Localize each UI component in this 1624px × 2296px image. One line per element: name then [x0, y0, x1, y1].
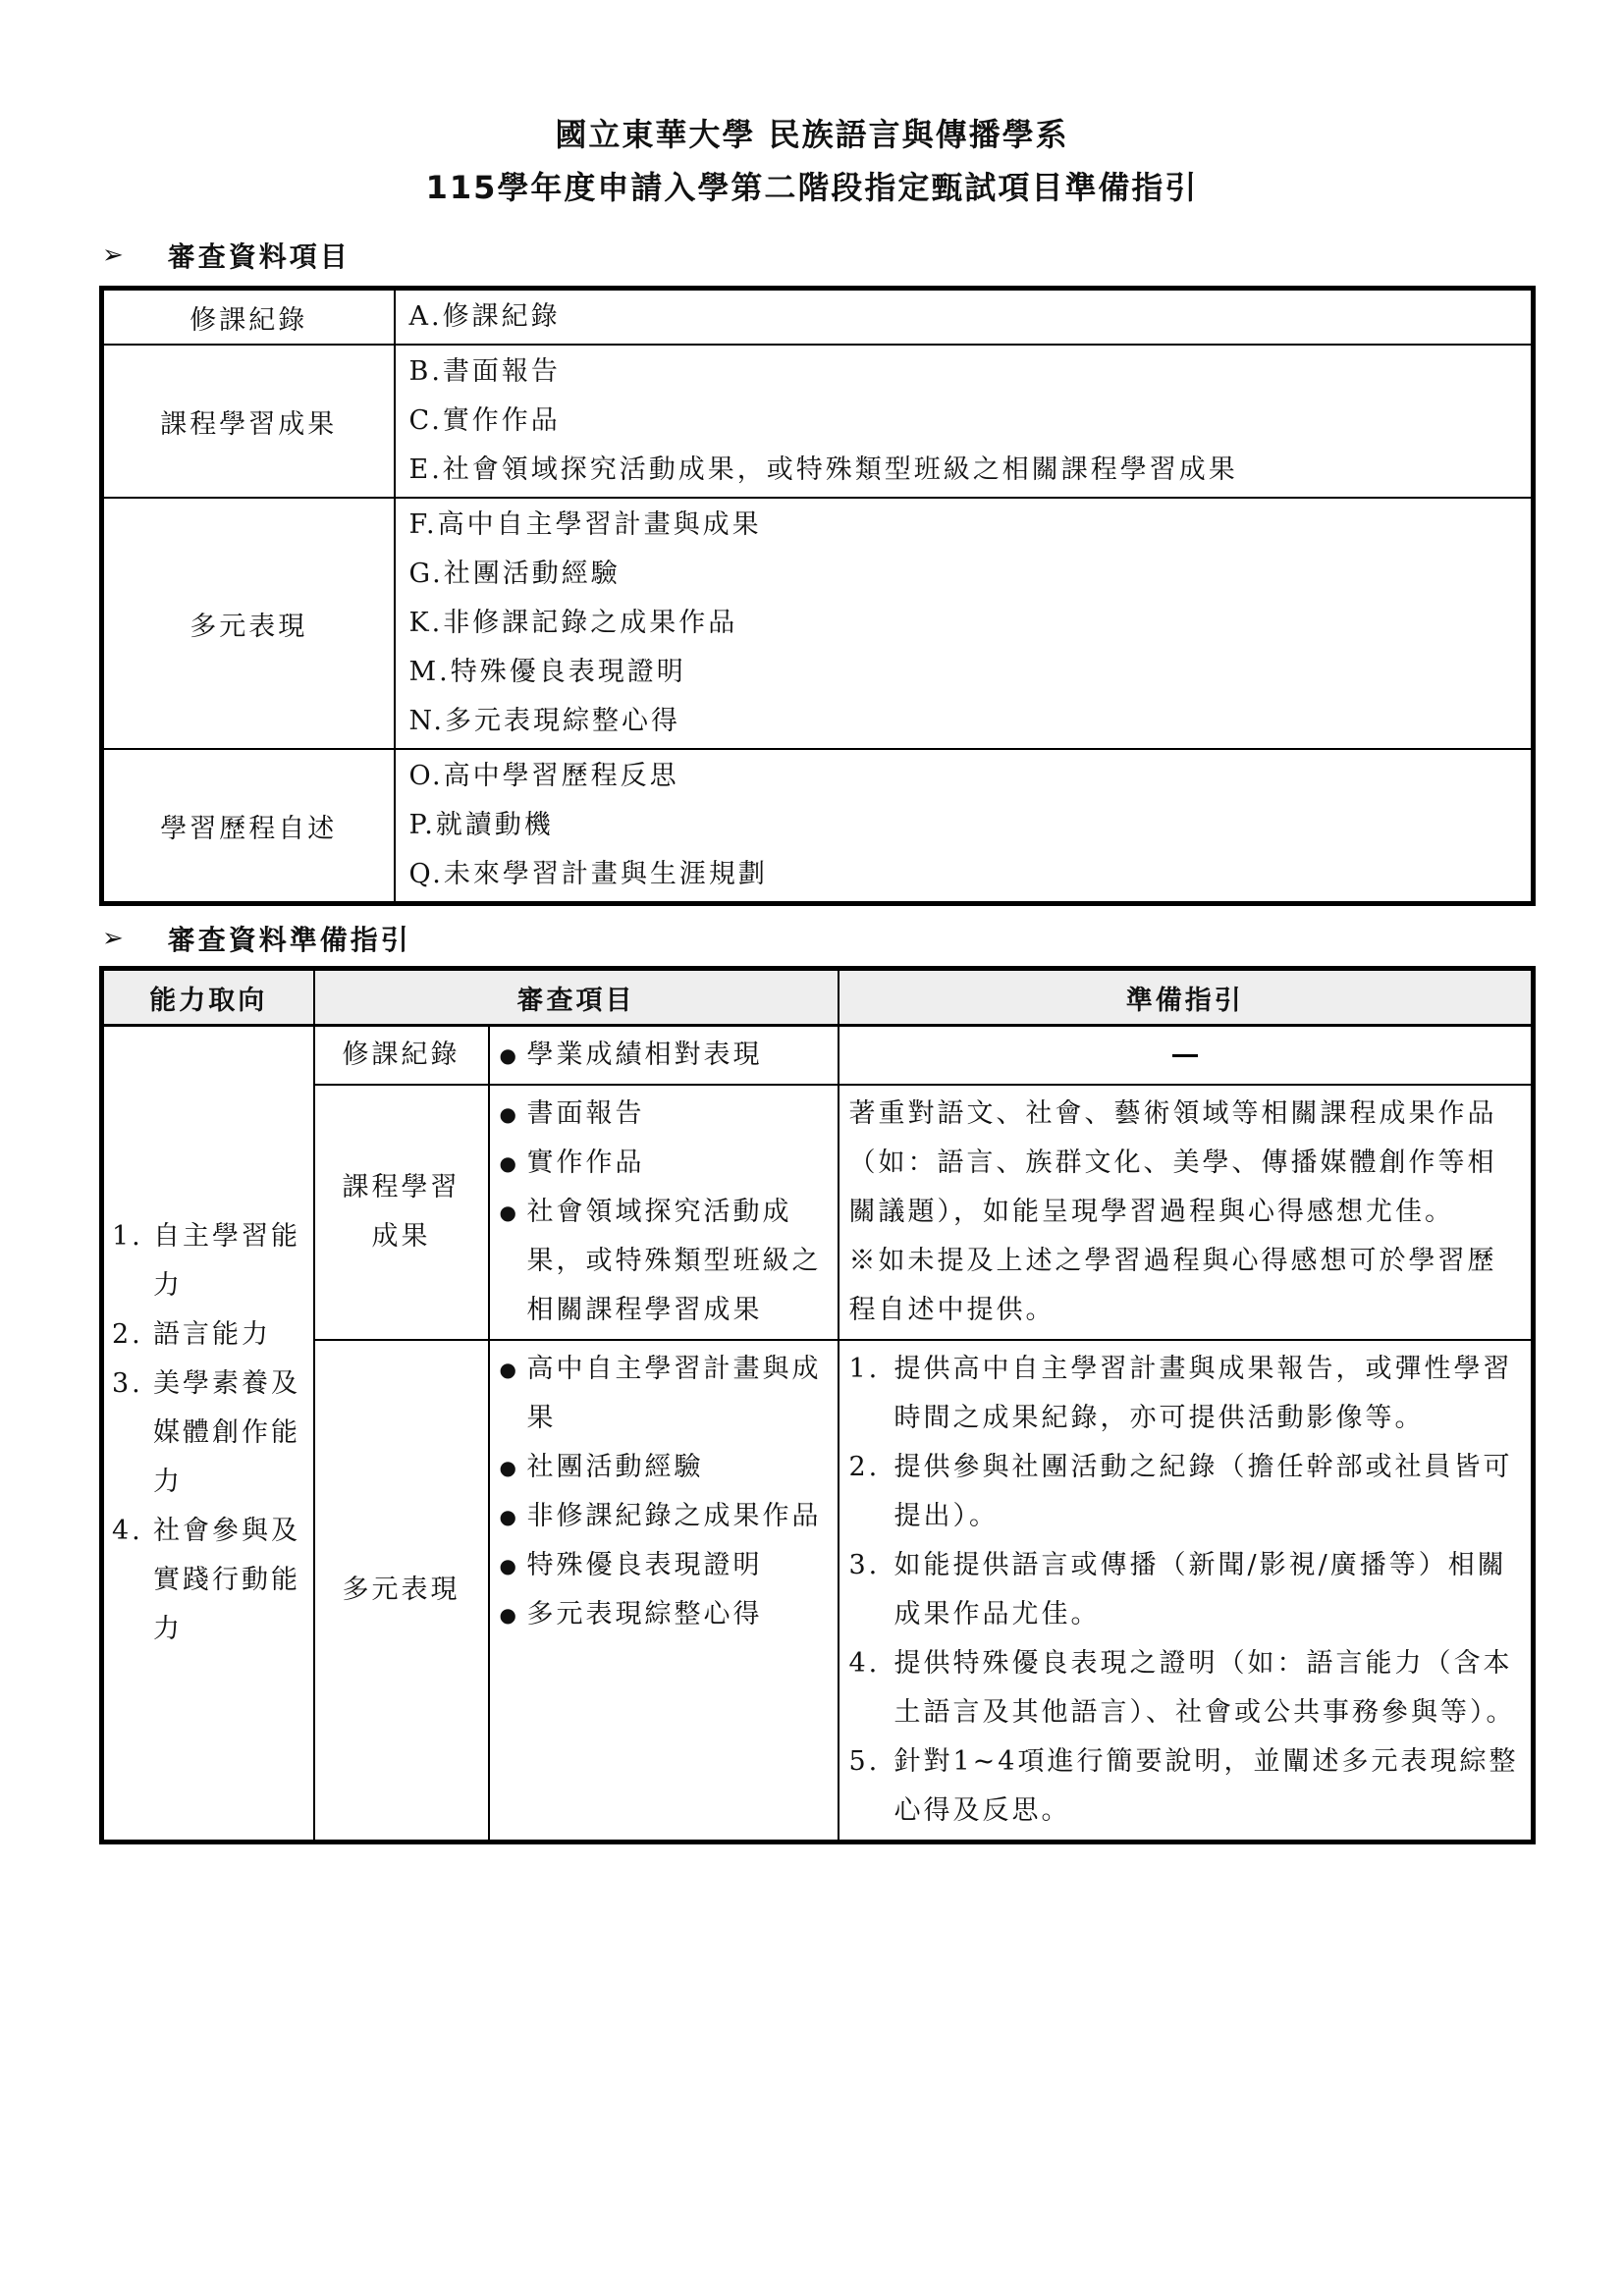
header-review-items: 審查項目: [314, 969, 839, 1026]
preparation-guide-table: 能力取向 審查項目 準備指引 1.自主學習能力 2.語言能力 3.美學素養及媒體…: [99, 966, 1536, 1844]
table-row: 課程學習成果 ●書面報告 ●實作作品 ●社會領域探究活動成果，或特殊類型班級之相…: [102, 1085, 1534, 1340]
bullets-cell: ●學業成績相對表現: [489, 1026, 839, 1086]
guide-paragraph: 著重對語文、社會、藝術領域等相關課程成果作品（如：語言、族群文化、美學、傳播媒體…: [849, 1090, 1522, 1237]
ability-item: 3.美學素養及媒體創作能力: [112, 1360, 305, 1507]
section-title: 審查資料準備指引: [168, 919, 411, 958]
ability-item: 2.語言能力: [112, 1310, 305, 1360]
table-row: 課程學習成果 B.書面報告 C.實作作品 E.社會領域探究活動成果，或特殊類型班…: [102, 345, 1534, 498]
header-row: 能力取向 審查項目 準備指引: [102, 969, 1534, 1026]
bullet-icon: ●: [500, 1443, 527, 1492]
section-heading-preparation-guide: ➢ 審查資料準備指引: [102, 919, 411, 958]
header-guide: 準備指引: [839, 969, 1534, 1026]
bullets-cell: ●書面報告 ●實作作品 ●社會領域探究活動成果，或特殊類型班級之相關課程學習成果: [489, 1085, 839, 1340]
list-item: O.高中學習歷程反思: [409, 752, 1518, 801]
guide-note: ※如未提及上述之學習過程與心得感想可於學習歷程自述中提供。: [849, 1237, 1522, 1335]
arrow-bullet-icon: ➢: [102, 924, 127, 953]
list-item: G.社團活動經驗: [409, 550, 1518, 599]
table-row: 多元表現 F.高中自主學習計畫與成果 G.社團活動經驗 K.非修課記錄之成果作品…: [102, 498, 1534, 749]
table-row: 學習歷程自述 O.高中學習歷程反思 P.就讀動機 Q.未來學習計畫與生涯規劃: [102, 749, 1534, 904]
bullet-item: ●特殊優良表現證明: [500, 1541, 828, 1590]
guide-cell: [839, 1026, 1534, 1086]
bullet-item: ●社會領域探究活動成果，或特殊類型班級之相關課程學習成果: [500, 1188, 828, 1335]
items-cell: F.高中自主學習計畫與成果 G.社團活動經驗 K.非修課記錄之成果作品 M.特殊…: [395, 498, 1534, 749]
list-item: Q.未來學習計畫與生涯規劃: [409, 850, 1518, 899]
guide-cell: 1.提供高中自主學習計畫與成果報告，或彈性學習時間之成果紀錄，亦可提供活動影像等…: [839, 1340, 1534, 1842]
list-item: F.高中自主學習計畫與成果: [409, 501, 1518, 550]
bullet-icon: ●: [500, 1541, 527, 1590]
ability-item: 1.自主學習能力: [112, 1212, 305, 1310]
list-item: K.非修課記錄之成果作品: [409, 599, 1518, 648]
table-row: 修課紀錄 A.修課紀錄: [102, 289, 1534, 346]
bullet-item: ●非修課紀錄之成果作品: [500, 1492, 828, 1541]
document-title: 國立東華大學 民族語言與傳播學系: [0, 110, 1624, 155]
sub-category-cell: 課程學習成果: [314, 1085, 489, 1340]
header-ability: 能力取向: [102, 969, 314, 1026]
table-row: 多元表現 ●高中自主學習計畫與成果 ●社團活動經驗 ●非修課紀錄之成果作品 ●特…: [102, 1340, 1534, 1842]
category-cell: 學習歷程自述: [102, 749, 395, 904]
sub-category-cell: 修課紀錄: [314, 1026, 489, 1086]
ability-item: 4.社會參與及實踐行動能力: [112, 1507, 305, 1654]
guide-item: 1.提供高中自主學習計畫與成果報告，或彈性學習時間之成果紀錄，亦可提供活動影像等…: [849, 1345, 1522, 1443]
category-cell: 多元表現: [102, 498, 395, 749]
category-cell: 修課紀錄: [102, 289, 395, 346]
bullet-item: ●學業成績相對表現: [500, 1031, 828, 1080]
bullet-icon: ●: [500, 1590, 527, 1639]
section-title: 審查資料項目: [168, 236, 351, 275]
bullet-item: ●社團活動經驗: [500, 1443, 828, 1492]
list-item: C.實作作品: [409, 397, 1518, 446]
bullet-icon: ●: [500, 1090, 527, 1139]
list-item: B.書面報告: [409, 347, 1518, 397]
dash-placeholder: [1172, 1054, 1198, 1057]
guide-item: 3.如能提供語言或傳播（新聞/影視/廣播等）相關成果作品尤佳。: [849, 1541, 1522, 1639]
table-row: 1.自主學習能力 2.語言能力 3.美學素養及媒體創作能力 4.社會參與及實踐行…: [102, 1026, 1534, 1086]
guide-item: 5.針對1~4項進行簡要說明，並闡述多元表現綜整心得及反思。: [849, 1737, 1522, 1836]
guide-item: 4.提供特殊優良表現之證明（如：語言能力（含本土語言及其他語言）、社會或公共事務…: [849, 1639, 1522, 1737]
items-cell: O.高中學習歷程反思 P.就讀動機 Q.未來學習計畫與生涯規劃: [395, 749, 1534, 904]
list-item: E.社會領域探究活動成果，或特殊類型班級之相關課程學習成果: [409, 446, 1518, 495]
list-item: N.多元表現綜整心得: [409, 697, 1518, 746]
guide-cell: 著重對語文、社會、藝術領域等相關課程成果作品（如：語言、族群文化、美學、傳播媒體…: [839, 1085, 1534, 1340]
list-item: A.修課紀錄: [409, 293, 1518, 342]
section-heading-review-items: ➢ 審查資料項目: [102, 236, 351, 275]
review-items-table: 修課紀錄 A.修課紀錄 課程學習成果 B.書面報告 C.實作作品 E.社會領域探…: [99, 286, 1536, 906]
list-item: M.特殊優良表現證明: [409, 648, 1518, 697]
guide-item: 2.提供參與社團活動之紀錄（擔任幹部或社員皆可提出）。: [849, 1443, 1522, 1541]
bullet-item: ●實作作品: [500, 1139, 828, 1188]
arrow-bullet-icon: ➢: [102, 240, 127, 270]
bullet-icon: ●: [500, 1139, 527, 1188]
sub-category-cell: 多元表現: [314, 1340, 489, 1842]
bullets-cell: ●高中自主學習計畫與成果 ●社團活動經驗 ●非修課紀錄之成果作品 ●特殊優良表現…: [489, 1340, 839, 1842]
bullet-icon: ●: [500, 1031, 527, 1080]
bullet-icon: ●: [500, 1345, 527, 1443]
bullet-icon: ●: [500, 1492, 527, 1541]
items-cell: A.修課紀錄: [395, 289, 1534, 346]
bullet-item: ●高中自主學習計畫與成果: [500, 1345, 828, 1443]
ability-cell: 1.自主學習能力 2.語言能力 3.美學素養及媒體創作能力 4.社會參與及實踐行…: [102, 1026, 314, 1842]
items-cell: B.書面報告 C.實作作品 E.社會領域探究活動成果，或特殊類型班級之相關課程學…: [395, 345, 1534, 498]
category-cell: 課程學習成果: [102, 345, 395, 498]
bullet-item: ●書面報告: [500, 1090, 828, 1139]
bullet-icon: ●: [500, 1188, 527, 1335]
list-item: P.就讀動機: [409, 801, 1518, 850]
bullet-item: ●多元表現綜整心得: [500, 1590, 828, 1639]
document-subtitle: 115學年度申請入學第二階段指定甄試項目準備指引: [0, 163, 1624, 208]
